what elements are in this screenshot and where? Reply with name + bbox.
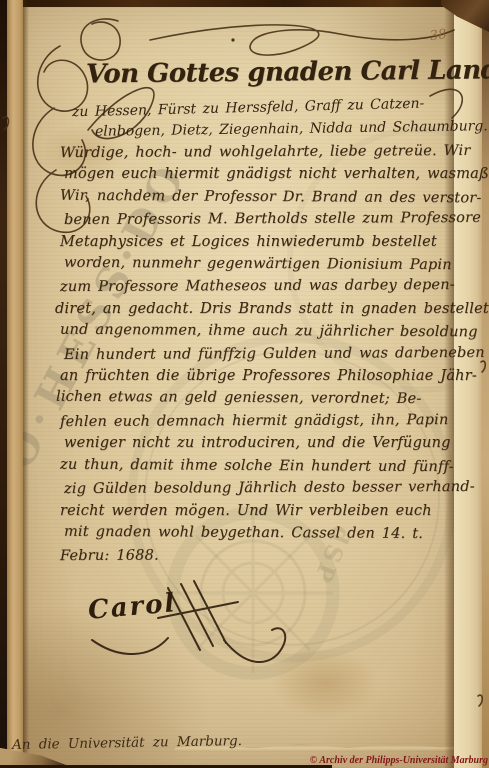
manuscript-line: Febru: 1688. <box>60 543 468 568</box>
manuscript-line: Wir, nachdem der Professor Dr. Brand an … <box>60 185 468 210</box>
manuscript-line: mögen euch hiermit gnädigst nicht verhal… <box>64 163 468 185</box>
copyright-notice: © Archiv der Philipps-Universität Marbur… <box>310 755 488 766</box>
binding-edge-top <box>0 0 489 7</box>
binding-edge-left <box>0 0 7 768</box>
manuscript-line: weniger nicht zu introduciren, und die V… <box>64 432 468 454</box>
manuscript-line: und angenommen, ihme auch zu jährlicher … <box>60 319 468 344</box>
manuscript-line: mit gnaden wohl beygethan. Cassel den 14… <box>64 521 468 546</box>
manuscript-line: lichen etwas an geld geniessen, verordne… <box>56 386 468 411</box>
manuscript-line: fehlen euch demnach hiermit gnädigst, ih… <box>60 409 468 434</box>
manuscript-line: zu thun, damit ihme solche Ein hundert u… <box>60 453 468 478</box>
manuscript-line: an früchten die übrige Professores Philo… <box>60 365 468 387</box>
heading-line-1: Von Gottes gnaden Carl Landgraff <box>86 54 489 89</box>
manuscript-line: zum Professore Matheseos und was darbey … <box>60 274 468 299</box>
manuscript-line: reicht werden mögen. Und Wir verbleiben … <box>60 500 468 522</box>
manuscript-line: zig Gülden besoldung Jährlich desto bess… <box>64 476 468 501</box>
manuscript-line: Würdige, hoch- und wohlgelahrte, liebe g… <box>60 140 468 165</box>
manuscript-line: benen Professoris M. Bertholds stelle zu… <box>64 207 468 232</box>
folio-number: 38 <box>429 27 448 44</box>
manuscript-line: Ein hundert und fünffzig Gulden und was … <box>64 342 468 367</box>
manuscript-line: Metaphysices et Logices hinwiederumb bes… <box>60 231 468 253</box>
gutter-crease-left <box>23 0 29 768</box>
manuscript-line: worden, nunmehr gegenwärtigen Dionisium … <box>64 252 468 277</box>
manuscript-scan: O·HESS·DO dSP <box>0 0 489 768</box>
manuscript-line: diret, an gedacht. Dris Brands statt in … <box>55 298 468 320</box>
page-stack-edge-left <box>7 0 23 768</box>
manuscript-body: Würdige, hoch- und wohlgelahrte, liebe g… <box>60 141 468 567</box>
page-stack-edge-right <box>482 0 489 768</box>
